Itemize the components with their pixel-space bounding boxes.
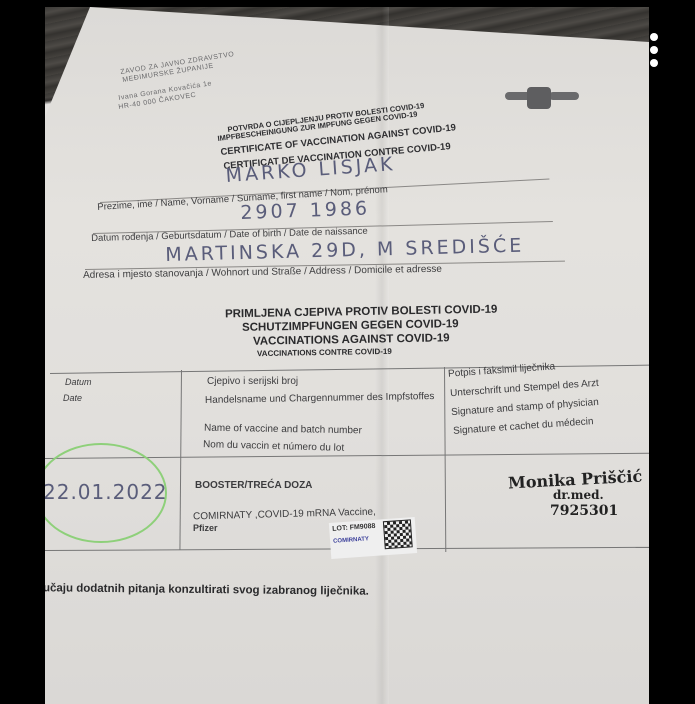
more-vertical-icon <box>650 33 658 41</box>
logo-icon <box>505 87 579 109</box>
header-date-en: Date <box>63 393 82 403</box>
header-vaccine-hr: Cjepivo i serijski broj <box>207 376 298 387</box>
lot-number: LOT: FM9088 <box>332 523 376 533</box>
header-date-hr: Datum <box>65 377 92 387</box>
vaccine-manufacturer: Pfizer <box>193 523 218 533</box>
dob-value: 2907 1986 <box>240 197 370 224</box>
certificate-photo: ZAVOD ZA JAVNO ZDRAVSTVO MEĐIMURSKE ŽUPA… <box>45 7 649 704</box>
physician-id: 7925301 <box>550 503 618 519</box>
dose-label: BOOSTER/TREĆA DOZA <box>195 480 312 491</box>
qr-code-icon <box>383 519 413 549</box>
lot-sticker: LOT: FM9088 COMIRNATY <box>329 517 417 559</box>
more-options-button[interactable] <box>648 33 660 72</box>
physician-title: dr.med. <box>553 488 604 502</box>
vaccination-date: 22.01.2022 <box>45 480 168 504</box>
lot-brand: COMIRNATY <box>333 536 369 544</box>
